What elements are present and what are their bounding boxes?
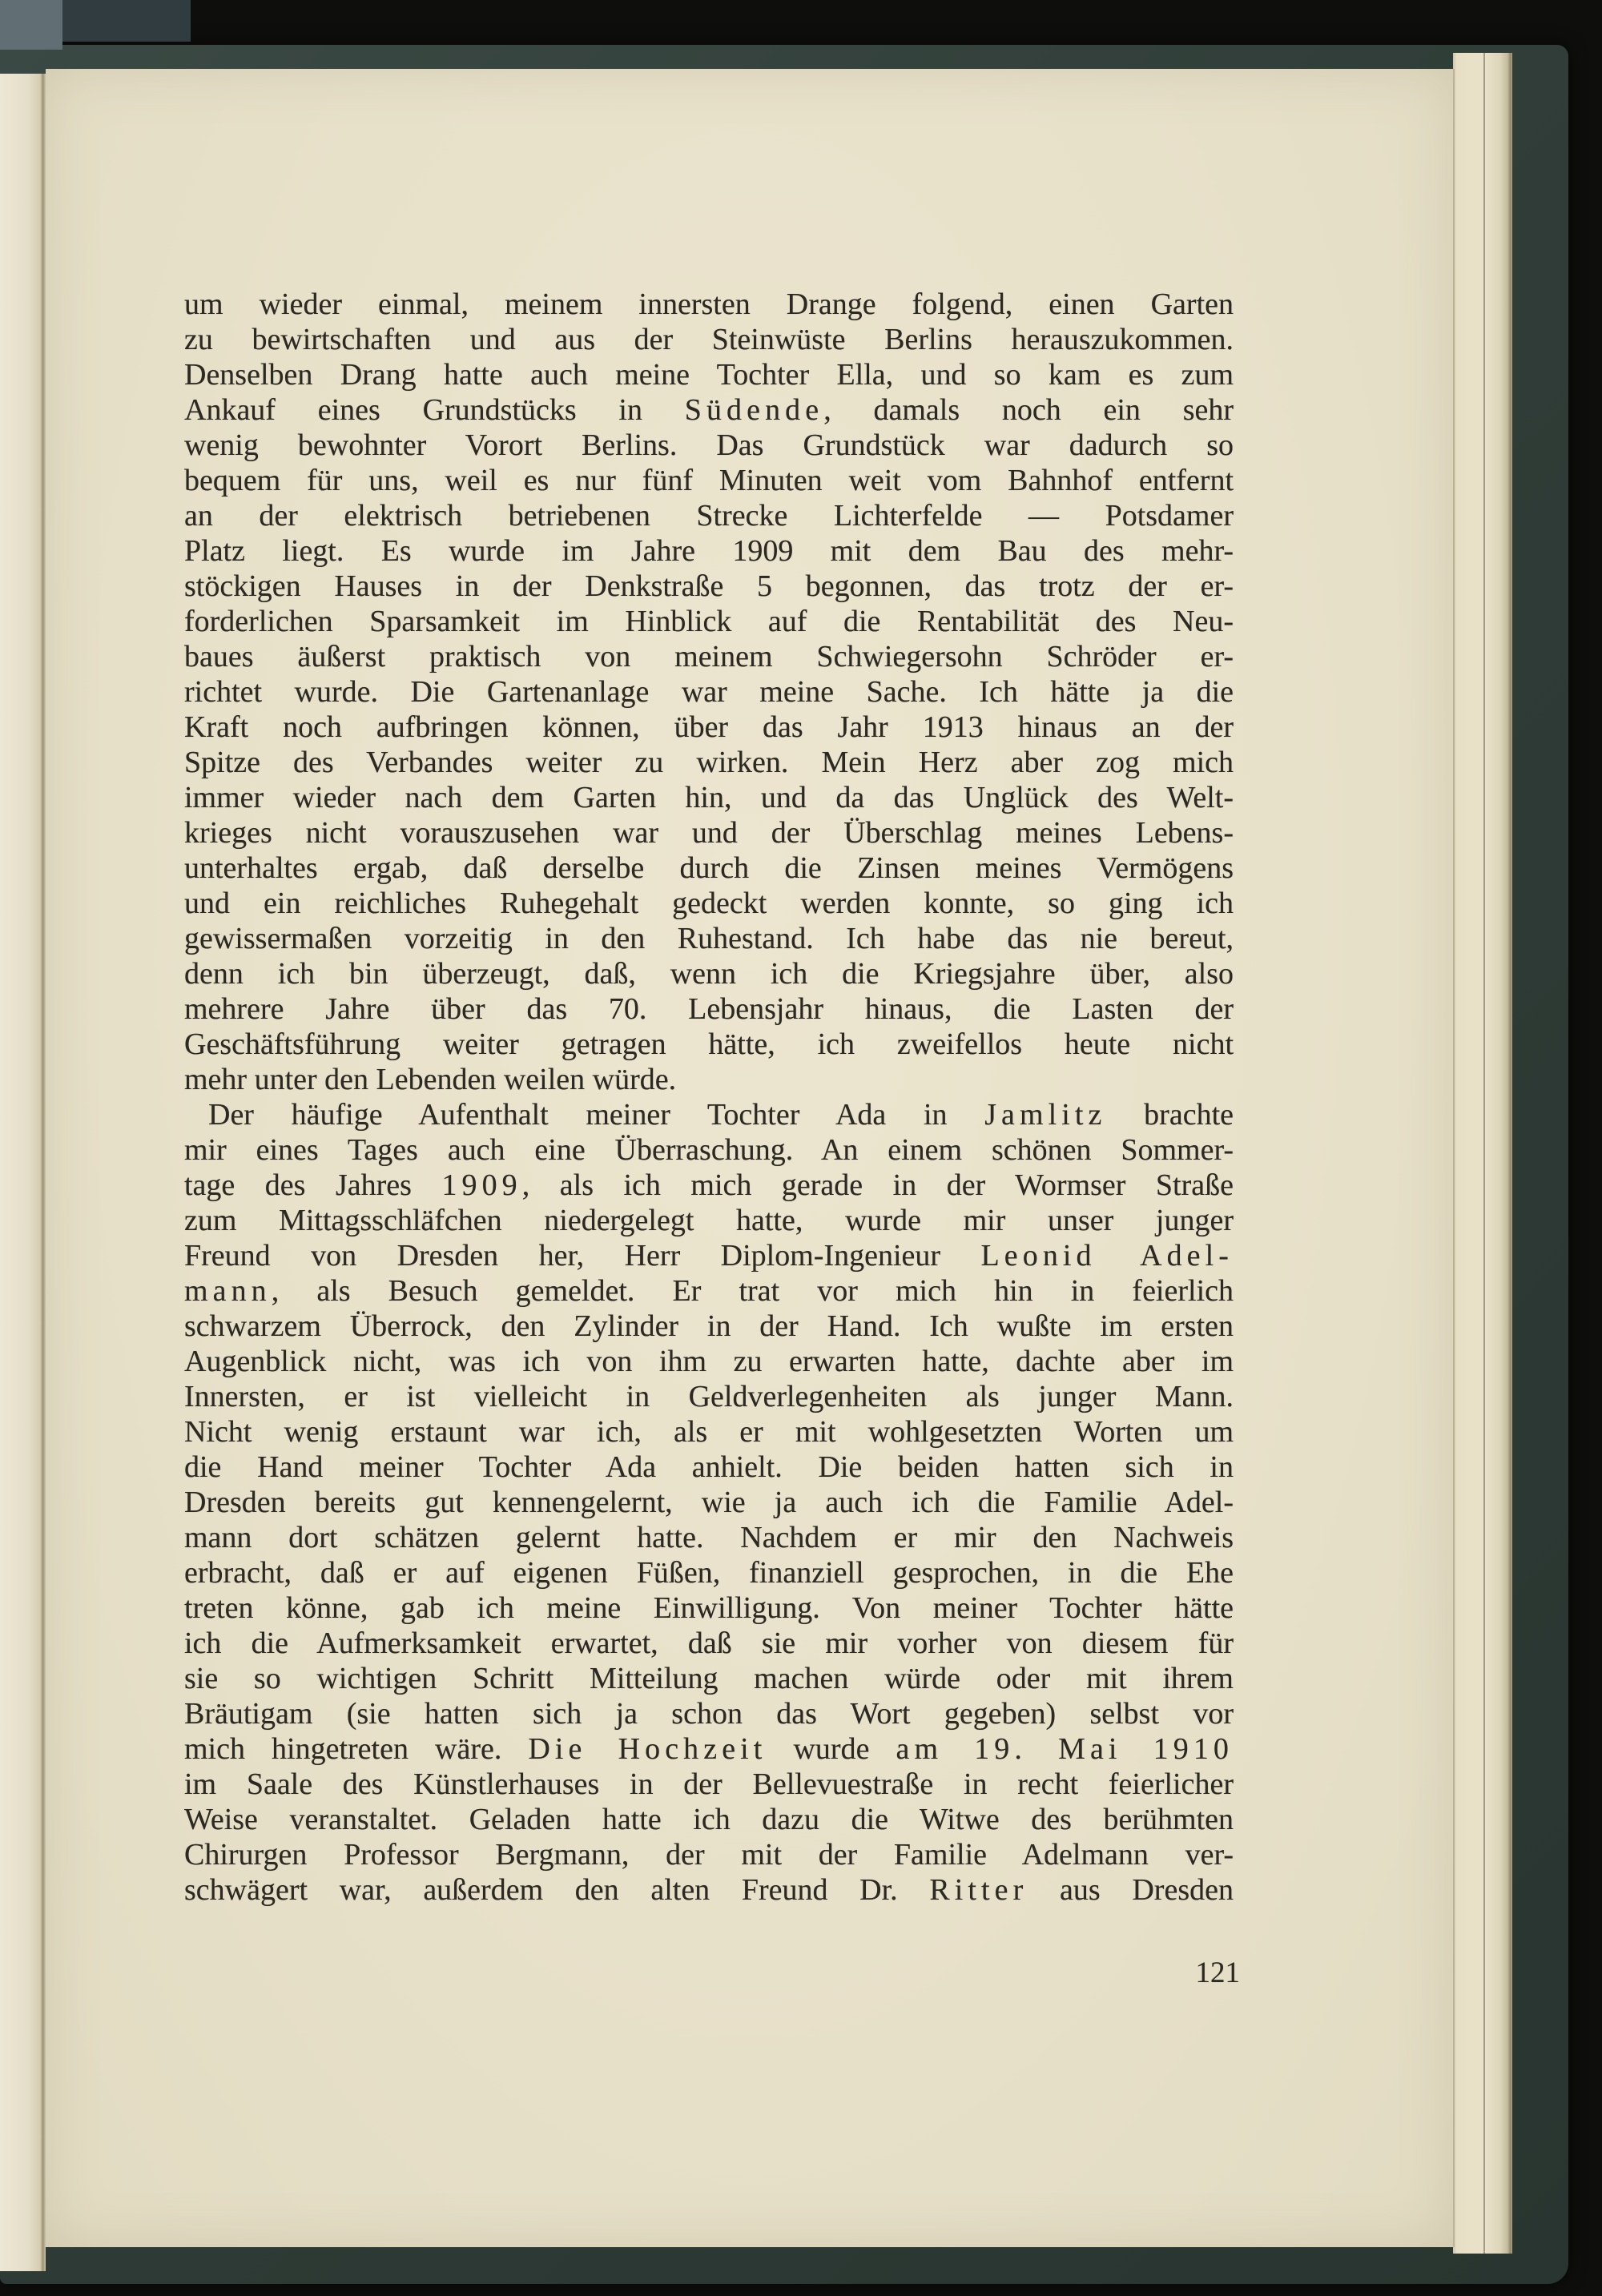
text-line: richtet wurde. Die Gartenanlage war mein… bbox=[184, 674, 1234, 710]
text-segment: Ankauf eines Grundstücks in bbox=[184, 393, 685, 427]
text-line: Chirurgen Professor Bergmann, der mit de… bbox=[184, 1837, 1234, 1872]
text-segment: zu bewirtschaften und aus der Steinwüste… bbox=[184, 323, 1234, 356]
text-segment: Chirurgen Professor Bergmann, der mit de… bbox=[184, 1838, 1234, 1872]
text-segment: Spitze des Verbandes weiter zu wirken. M… bbox=[184, 746, 1234, 779]
text-segment: immer wieder nach dem Garten hin, und da… bbox=[184, 781, 1234, 814]
page-number: 121 bbox=[184, 1956, 1240, 1990]
text-segment: aus Dresden bbox=[1028, 1873, 1234, 1907]
text-segment: schwägert war, außerdem den alten Freund… bbox=[184, 1873, 929, 1907]
text-segment: , als Besuch gemeldet. Er trat vor mich … bbox=[272, 1274, 1234, 1308]
letterspaced-emphasis: Die Hochzeit bbox=[528, 1732, 767, 1766]
text-segment: zum Mittagsschläfchen niedergelegt hatte… bbox=[184, 1204, 1234, 1237]
text-line: Platz liegt. Es wurde im Jahre 1909 mit … bbox=[184, 533, 1234, 569]
text-segment: forderlichen Sparsamkeit im Hinblick auf… bbox=[184, 605, 1234, 638]
text-line: Geschäftsführung weiter getragen hätte, … bbox=[184, 1027, 1234, 1062]
page-edges-left bbox=[0, 74, 46, 2271]
text-segment: stöckigen Hauses in der Denkstraße 5 beg… bbox=[184, 569, 1234, 603]
binding-corner-light bbox=[0, 0, 62, 50]
text-line: schwarzem Überrock, den Zylinder in der … bbox=[184, 1309, 1234, 1344]
letterspaced-emphasis: Ritter bbox=[929, 1873, 1028, 1907]
text-segment: Platz liegt. Es wurde im Jahre 1909 mit … bbox=[184, 534, 1234, 568]
text-segment: sie so wichtigen Schritt Mitteilung mach… bbox=[184, 1662, 1234, 1695]
text-line: die Hand meiner Tochter Ada anhielt. Die… bbox=[184, 1450, 1234, 1485]
text-segment: Freund von Dresden her, Herr Diplom-Inge… bbox=[184, 1239, 981, 1273]
text-segment: unterhaltes ergab, daß derselbe durch di… bbox=[184, 851, 1234, 885]
text-line: Freund von Dresden her, Herr Diplom-Inge… bbox=[184, 1238, 1234, 1273]
text-line: Spitze des Verbandes weiter zu wirken. M… bbox=[184, 745, 1234, 780]
text-segment: treten könne, gab ich meine Einwilligung… bbox=[184, 1591, 1234, 1625]
text-segment: Kraft noch aufbringen können, über das J… bbox=[184, 710, 1234, 744]
text-line: mann, als Besuch gemeldet. Er trat vor m… bbox=[184, 1273, 1234, 1309]
text-segment: mehr unter den Lebenden weilen würde. bbox=[184, 1063, 676, 1096]
letterspaced-emphasis: am 19. Mai 1910 bbox=[896, 1732, 1234, 1766]
text-line: Bräutigam (sie hatten sich ja schon das … bbox=[184, 1696, 1234, 1731]
text-block: um wieder einmal, meinem innersten Drang… bbox=[184, 287, 1234, 1908]
text-line: zum Mittagsschläfchen niedergelegt hatte… bbox=[184, 1203, 1234, 1238]
text-segment: erbracht, daß er auf eigenen Füßen, fina… bbox=[184, 1556, 1234, 1590]
text-segment: Denselben Drang hatte auch meine Tochter… bbox=[184, 358, 1234, 392]
text-segment: und ein reichliches Ruhegehalt gedeckt w… bbox=[184, 887, 1234, 920]
text-segment: brachte bbox=[1107, 1098, 1234, 1132]
text-line: ich die Aufmerksamkeit erwartet, daß sie… bbox=[184, 1626, 1234, 1661]
text-line: mann dort schätzen gelernt hatte. Nachde… bbox=[184, 1520, 1234, 1555]
text-segment: tage des Jahres bbox=[184, 1168, 441, 1202]
photo-background: um wieder einmal, meinem innersten Drang… bbox=[0, 0, 1602, 2296]
text-line: Denselben Drang hatte auch meine Tochter… bbox=[184, 357, 1234, 392]
text-line: denn ich bin überzeugt, daß, wenn ich di… bbox=[184, 956, 1234, 991]
leaf-separation-line bbox=[1483, 53, 1485, 2254]
text-segment: , damals noch ein sehr bbox=[823, 393, 1234, 427]
letterspaced-emphasis: Südende bbox=[685, 393, 823, 427]
text-segment: Innersten, er ist vielleicht in Geldverl… bbox=[184, 1380, 1234, 1413]
text-line: um wieder einmal, meinem innersten Drang… bbox=[184, 287, 1234, 322]
text-line: schwägert war, außerdem den alten Freund… bbox=[184, 1872, 1234, 1908]
text-segment: mehrere Jahre über das 70. Lebensjahr hi… bbox=[184, 992, 1234, 1026]
text-segment: wurde bbox=[767, 1732, 896, 1766]
text-segment: richtet wurde. Die Gartenanlage war mein… bbox=[184, 675, 1234, 709]
text-line: mir eines Tages auch eine Überraschung. … bbox=[184, 1132, 1234, 1168]
book-page: um wieder einmal, meinem innersten Drang… bbox=[46, 69, 1455, 2247]
text-segment: denn ich bin überzeugt, daß, wenn ich di… bbox=[184, 957, 1234, 991]
text-segment: Der häufige Aufenthalt meiner Tochter Ad… bbox=[208, 1098, 984, 1132]
text-line: forderlichen Sparsamkeit im Hinblick auf… bbox=[184, 604, 1234, 639]
text-line: bequem für uns, weil es nur fünf Minuten… bbox=[184, 463, 1234, 498]
text-line: erbracht, daß er auf eigenen Füßen, fina… bbox=[184, 1555, 1234, 1590]
text-line: tage des Jahres 1909, als ich mich gerad… bbox=[184, 1168, 1234, 1203]
text-segment: Nicht wenig erstaunt war ich, als er mit… bbox=[184, 1415, 1234, 1449]
letterspaced-emphasis: mann bbox=[184, 1274, 272, 1308]
text-line: mehr unter den Lebenden weilen würde. bbox=[184, 1062, 1234, 1097]
text-line: zu bewirtschaften und aus der Steinwüste… bbox=[184, 322, 1234, 357]
page-edges-right bbox=[1453, 53, 1512, 2254]
text-segment: Augenblick nicht, was ich von ihm zu erw… bbox=[184, 1345, 1234, 1378]
text-line: Dresden bereits gut kennengelernt, wie j… bbox=[184, 1485, 1234, 1520]
binding-corner-dark bbox=[62, 0, 191, 42]
text-line: Ankauf eines Grundstücks in Südende, dam… bbox=[184, 392, 1234, 428]
text-segment: wenig bewohnter Vorort Berlins. Das Grun… bbox=[184, 428, 1234, 462]
text-segment: bequem für uns, weil es nur fünf Minuten… bbox=[184, 464, 1234, 497]
text-line: immer wieder nach dem Garten hin, und da… bbox=[184, 780, 1234, 815]
text-line: stöckigen Hauses in der Denkstraße 5 beg… bbox=[184, 569, 1234, 604]
text-line: Augenblick nicht, was ich von ihm zu erw… bbox=[184, 1344, 1234, 1379]
text-segment: Bräutigam (sie hatten sich ja schon das … bbox=[184, 1697, 1234, 1731]
text-line: treten könne, gab ich meine Einwilligung… bbox=[184, 1590, 1234, 1626]
text-line: an der elektrisch betriebenen Strecke Li… bbox=[184, 498, 1234, 533]
text-line: mich hingetreten wäre. Die Hochzeit wurd… bbox=[184, 1731, 1234, 1767]
text-line: und ein reichliches Ruhegehalt gedeckt w… bbox=[184, 886, 1234, 921]
text-line: mehrere Jahre über das 70. Lebensjahr hi… bbox=[184, 991, 1234, 1027]
text-segment: im Saale des Künstlerhauses in der Belle… bbox=[184, 1767, 1234, 1801]
text-line: Der häufige Aufenthalt meiner Tochter Ad… bbox=[184, 1097, 1234, 1132]
letterspaced-emphasis: Jamlitz bbox=[984, 1098, 1106, 1132]
text-line: sie so wichtigen Schritt Mitteilung mach… bbox=[184, 1661, 1234, 1696]
text-segment: Dresden bereits gut kennengelernt, wie j… bbox=[184, 1486, 1234, 1519]
text-segment: mich hingetreten wäre. bbox=[184, 1732, 528, 1766]
text-line: Weise veranstaltet. Geladen hatte ich da… bbox=[184, 1802, 1234, 1837]
text-line: krieges nicht vorauszusehen war und der … bbox=[184, 815, 1234, 850]
text-line: Innersten, er ist vielleicht in Geldverl… bbox=[184, 1379, 1234, 1414]
text-segment: , als ich mich gerade in der Wormser Str… bbox=[522, 1168, 1234, 1202]
text-segment: baues äußerst praktisch von meinem Schwi… bbox=[184, 640, 1234, 674]
text-segment: ich die Aufmerksamkeit erwartet, daß sie… bbox=[184, 1627, 1234, 1660]
letterspaced-emphasis: 1909 bbox=[441, 1168, 521, 1202]
text-segment: Geschäftsführung weiter getragen hätte, … bbox=[184, 1027, 1234, 1061]
text-segment: Weise veranstaltet. Geladen hatte ich da… bbox=[184, 1803, 1234, 1836]
text-line: unterhaltes ergab, daß derselbe durch di… bbox=[184, 850, 1234, 886]
text-line: im Saale des Künstlerhauses in der Belle… bbox=[184, 1767, 1234, 1802]
text-line: wenig bewohnter Vorort Berlins. Das Grun… bbox=[184, 428, 1234, 463]
text-line: baues äußerst praktisch von meinem Schwi… bbox=[184, 639, 1234, 674]
text-segment: krieges nicht vorauszusehen war und der … bbox=[184, 816, 1234, 850]
text-segment: die Hand meiner Tochter Ada anhielt. Die… bbox=[184, 1450, 1234, 1484]
text-segment: an der elektrisch betriebenen Strecke Li… bbox=[184, 499, 1234, 533]
text-segment: schwarzem Überrock, den Zylinder in der … bbox=[184, 1309, 1234, 1343]
text-segment: mir eines Tages auch eine Überraschung. … bbox=[184, 1133, 1234, 1167]
text-line: Nicht wenig erstaunt war ich, als er mit… bbox=[184, 1414, 1234, 1450]
text-segment: mann dort schätzen gelernt hatte. Nachde… bbox=[184, 1521, 1234, 1554]
text-segment: gewissermaßen vorzeitig in den Ruhestand… bbox=[184, 922, 1234, 955]
text-line: Kraft noch aufbringen können, über das J… bbox=[184, 710, 1234, 745]
text-segment: um wieder einmal, meinem innersten Drang… bbox=[184, 288, 1234, 321]
letterspaced-emphasis: Leonid Adel- bbox=[981, 1239, 1234, 1273]
text-line: gewissermaßen vorzeitig in den Ruhestand… bbox=[184, 921, 1234, 956]
